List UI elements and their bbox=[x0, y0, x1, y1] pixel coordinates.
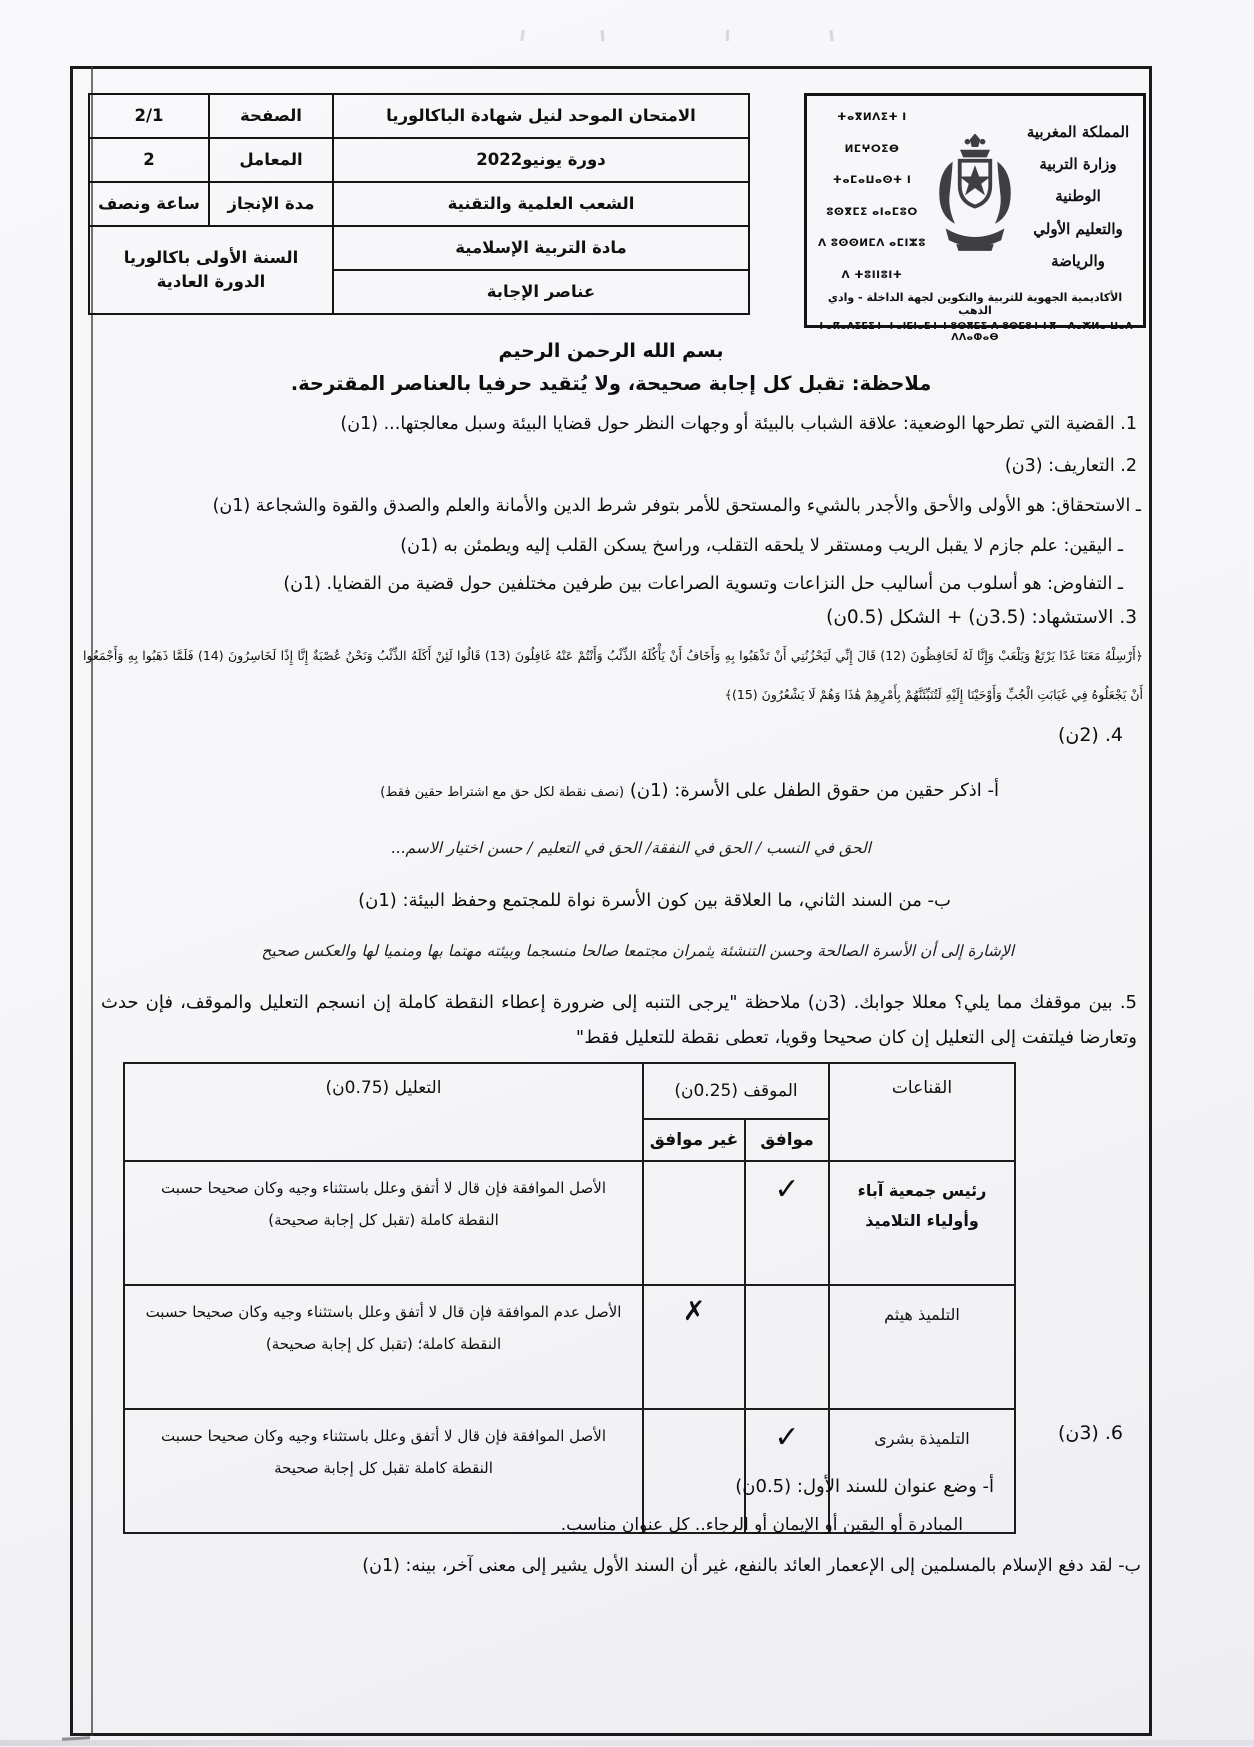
ministry-arabic-text: المملكة المغربية وزارة التربية الوطنية و… bbox=[1021, 116, 1135, 277]
answer-4b: الإشارة إلى أن الأسرة الصالحة وحسن التنش… bbox=[261, 938, 1014, 965]
answer-4a: الحق في النسب / الحق في النفقة/ الحق في … bbox=[391, 835, 871, 862]
tifinagh-line-2: ⵜⴰⵎⴰⵡⴰⵙⵜ ⵏ ⵓⵙⴳⵎⵉ ⴰⵏⴰⵎⵓⵔ bbox=[815, 165, 929, 228]
answer-item-6: 6. (3ن) bbox=[1058, 1417, 1123, 1450]
ministry-line-2: والتعليم الأولي والرياضة bbox=[1021, 213, 1135, 278]
session-title: دورة يونيو2022 bbox=[333, 138, 749, 182]
table-row: الامتحان الموحد لنيل شهادة الباكالوريا ا… bbox=[89, 94, 749, 138]
conviction-name: التلميذ هيثم bbox=[829, 1285, 1015, 1409]
scan-artifact bbox=[601, 30, 605, 41]
streams-title: الشعب العلمية والتقنية bbox=[333, 182, 749, 226]
positions-table: القناعات الموقف (0.25ن) التعليل (0.75ن) … bbox=[123, 1062, 1016, 1534]
definition-yaqin: ـ اليقين: علم جازم لا يقبل الريب ومستقر … bbox=[97, 531, 1123, 562]
table-row: مادة التربية الإسلامية السنة الأولى باكا… bbox=[89, 226, 749, 270]
coefficient-label: المعامل bbox=[209, 138, 333, 182]
ministry-line-1: وزارة التربية الوطنية bbox=[1021, 148, 1135, 213]
table-header-row: القناعات الموقف (0.25ن) التعليل (0.75ن) bbox=[124, 1063, 1015, 1119]
table-row: رئيس جمعية آباء وأولياء التلاميذ ✓ الأصل… bbox=[124, 1161, 1015, 1285]
col-header-justification: التعليل (0.75ن) bbox=[124, 1063, 643, 1161]
quran-verse: ﴿أَرْسِلْهُ مَعَنَا غَدًا يَرْتَعْ وَيَل… bbox=[83, 637, 1143, 715]
answer-item-3: 3. الاستشهاد: (3.5ن) + الشكل (0.5ن) bbox=[826, 602, 1137, 634]
disagree-crossmark: ✗ bbox=[643, 1285, 745, 1409]
scan-artifact bbox=[520, 30, 525, 41]
answer-elements-title: عناصر الإجابة bbox=[333, 270, 749, 314]
exam-title: الامتحان الموحد لنيل شهادة الباكالوريا bbox=[333, 94, 749, 138]
ministry-tifinagh-text: ⵜⴰⴳⵍⴷⵉⵜ ⵏ ⵍⵎⵖⵔⵉⴱ ⵜⴰⵎⴰⵡⴰⵙⵜ ⵏ ⵓⵙⴳⵎⵉ ⴰⵏⴰⵎⵓⵔ… bbox=[815, 102, 929, 291]
tifinagh-line-3: ⴷ ⵓⵙⵙⵍⵎⴷ ⴰⵎⵏⵣⵓ ⴷ ⵜⵓⵏⵏⵓⵏⵜ bbox=[815, 228, 929, 291]
coefficient-value: 2 bbox=[89, 138, 209, 182]
question-4a-note: (نصف نقطة لكل حق مع اشتراط حقين فقط) bbox=[380, 785, 624, 800]
table-row: دورة يونيو2022 المعامل 2 bbox=[89, 138, 749, 182]
subject-title: مادة التربية الإسلامية bbox=[333, 226, 749, 270]
question-4a-text: أ- اذكر حقين من حقوق الطفل على الأسرة: (… bbox=[624, 780, 999, 801]
col-header-position: الموقف (0.25ن) bbox=[643, 1063, 829, 1119]
scan-artifact bbox=[726, 30, 730, 41]
grading-note: ملاحظة: تقبل كل إجابة صحيحة، ولا يُتقيد … bbox=[73, 367, 1149, 401]
agree-checkmark: ✓ bbox=[745, 1161, 829, 1285]
definition-istihqaq: ـ الاستحقاق: هو الأولى والأحق والأجدر با… bbox=[97, 491, 1141, 522]
tifinagh-line-1: ⵜⴰⴳⵍⴷⵉⵜ ⵏ ⵍⵎⵖⵔⵉⴱ bbox=[815, 102, 929, 165]
table-row: التلميذ هيثم ✗ الأصل عدم الموافقة فإن قا… bbox=[124, 1285, 1015, 1409]
basmala: بسم الله الرحمن الرحيم bbox=[73, 335, 1149, 368]
inner-border-line bbox=[91, 66, 93, 1736]
page-label: الصفحة bbox=[209, 94, 333, 138]
answer-6a: المبادرة أو اليقين أو الإيمان أو الرجاء.… bbox=[561, 1511, 963, 1541]
col-header-convictions: القناعات bbox=[829, 1063, 1015, 1161]
answer-item-5: 5. بين موقفك مما يلي؟ معللا جوابك. (3ن) … bbox=[101, 985, 1137, 1055]
justification-text: الأصل عدم الموافقة فإن قال لا أتفق وعلل … bbox=[124, 1285, 643, 1409]
question-6b: ب- لقد دفع الإسلام بالمسلمين إلى الإععما… bbox=[133, 1551, 1141, 1582]
scanned-exam-answer-key: { "header": { "info": { "rows": [ {"titl… bbox=[0, 0, 1254, 1747]
kingdom-line: المملكة المغربية bbox=[1021, 116, 1135, 148]
page-border-frame: الامتحان الموحد لنيل شهادة الباكالوريا ا… bbox=[70, 66, 1152, 1736]
scan-artifact bbox=[829, 30, 833, 41]
logo-row: المملكة المغربية وزارة التربية الوطنية و… bbox=[815, 102, 1135, 291]
agree-mark bbox=[745, 1285, 829, 1409]
duration-label: مدة الإنجاز bbox=[209, 182, 333, 226]
question-4b: ب- من السند الثاني، ما العلاقة بين كون ا… bbox=[358, 885, 951, 917]
academy-name: الأكاديمية الجهوية للتربية والتكوين لجهة… bbox=[815, 291, 1135, 317]
morocco-coat-of-arms-icon bbox=[932, 134, 1018, 260]
answer-item-2: 2. التعاريف: (3ن) bbox=[1005, 451, 1137, 482]
question-6a: أ- وضع عنوان للسند الأول: (0.5ن) bbox=[735, 1471, 994, 1503]
page-value: 2/1 bbox=[89, 94, 209, 138]
exam-info-table: الامتحان الموحد لنيل شهادة الباكالوريا ا… bbox=[88, 93, 750, 315]
conviction-name: رئيس جمعية آباء وأولياء التلاميذ bbox=[829, 1161, 1015, 1285]
answer-item-1: 1. القضية التي تطرحها الوضعية: علاقة الش… bbox=[103, 409, 1137, 440]
duration-value: ساعة ونصف bbox=[89, 182, 209, 226]
col-header-agree: موافق bbox=[745, 1119, 829, 1161]
answer-item-4: 4. (2ن) bbox=[1058, 719, 1123, 752]
year-session-cell: السنة الأولى باكالوريا الدورة العادية bbox=[89, 226, 333, 314]
col-header-disagree: غير موافق bbox=[643, 1119, 745, 1161]
disagree-mark bbox=[643, 1161, 745, 1285]
justification-text: الأصل الموافقة فإن قال لا أتفق وعلل باست… bbox=[124, 1161, 643, 1285]
question-4a: أ- اذكر حقين من حقوق الطفل على الأسرة: (… bbox=[380, 775, 999, 807]
table-row: الشعب العلمية والتقنية مدة الإنجاز ساعة … bbox=[89, 182, 749, 226]
ministry-logo-box: المملكة المغربية وزارة التربية الوطنية و… bbox=[804, 93, 1146, 328]
scan-bottom-shadow bbox=[0, 1740, 1254, 1746]
definition-tafawud: ـ التفاوض: هو أسلوب من أساليب حل النزاعا… bbox=[97, 569, 1123, 600]
